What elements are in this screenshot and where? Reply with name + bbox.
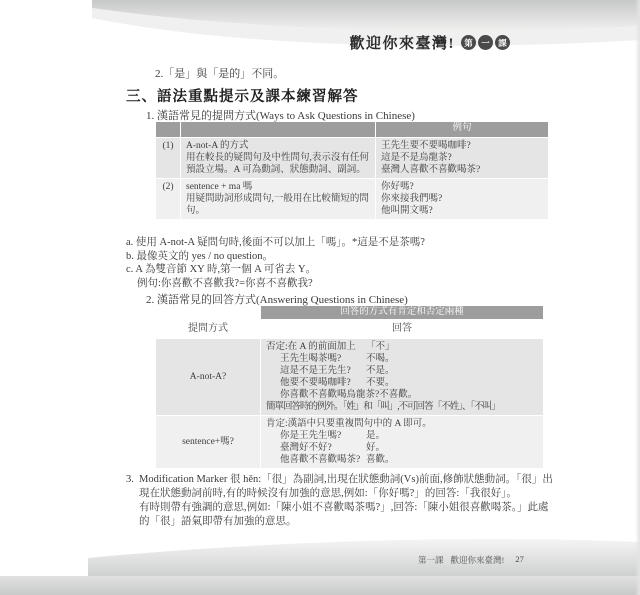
answer-text: 喜歡。	[366, 454, 395, 466]
section-heading: 三、語法重點提示及課本練習解答	[126, 85, 359, 106]
answer-line: 臺灣好不好? 好。	[266, 442, 538, 454]
question-text: 你喜歡不喜歡喝烏龍茶?	[280, 389, 379, 401]
answer-exception-line: 簡單回答時的例外。「姓」和「叫」,不可回答「不姓」、「不叫」	[266, 401, 538, 413]
answer-line: 這是不是王先生? 不是。	[266, 365, 538, 377]
note-line: b. 最像英文的 yes / no question。	[126, 250, 425, 263]
table-header-row: 回答的方式有肯定和否定兩種	[156, 306, 543, 319]
question-text: 否定:在 A 的前面加上	[266, 341, 366, 353]
question-type-cell: sentence+嗎?	[156, 416, 260, 468]
page-header: 歡迎你來臺灣! 第 一 課	[350, 32, 511, 53]
header-lesson-title: 歡迎你來臺灣!	[350, 32, 456, 53]
question-text: 你是王先生嗎?	[280, 430, 366, 442]
question-text: 簡單回答時的例外。「姓」和「叫」,不可回答「不姓」、「不叫」	[266, 401, 500, 413]
item-number: 3.	[126, 473, 139, 529]
answer-text: 不要。	[366, 377, 395, 389]
row-number-cell: (2)	[156, 179, 180, 219]
table-row: (2) sentence + ma 嗎 用疑問助詞形成問句,一般用在比較簡短的問…	[156, 179, 548, 219]
answer-text: 不喝。	[366, 353, 395, 365]
example-sentence: 這是不是烏龍茶?	[381, 152, 543, 164]
question-text: 他喜歡不喜歡喝茶?	[280, 454, 366, 466]
answer-text: 是。	[366, 430, 385, 442]
example-sentence: 臺灣人喜歡不喜歡喝茶?	[381, 164, 543, 176]
column-question-label: 提問方式	[156, 320, 260, 338]
answer-line: 你是王先生嗎? 是。	[266, 430, 538, 442]
header-cell-empty	[156, 122, 180, 137]
paragraph: Modification Marker 很 hěn:「很」為副詞,出現在狀態動詞…	[139, 473, 556, 501]
paragraph: 有時則帶有強調的意思,例如:「陳小姐不喜歡喝茶嗎?」,回答:「陳小姐很喜歡喝茶。…	[139, 501, 556, 529]
table-row: A-not-A? 否定:在 A 的前面加上 「不」 王先生喝茶嗎? 不喝。 這是…	[156, 339, 543, 415]
question-text: 他要不要喝咖啡?	[280, 377, 366, 389]
footer-lesson-label: 第一課	[418, 554, 444, 566]
method-title: sentence + ma 嗎	[186, 181, 370, 193]
answer-text: 「不」	[366, 341, 395, 353]
question-type-cell: A-not-A?	[156, 339, 260, 415]
lesson-badge: 第 一 課	[461, 35, 510, 50]
example-sentence: 王先生要不要喝咖啡?	[381, 140, 543, 152]
note-line: c. A 為雙音節 XY 時,第一個 A 可省去 Y。	[126, 263, 425, 276]
page-footer: 第一課 歡迎你來臺灣! 27	[418, 554, 524, 566]
bottom-swoosh-decoration	[0, 530, 640, 595]
badge-char-circle: 第	[461, 35, 476, 50]
method-cell: A-not-A 的方式 用在較長的疑問句及中性問句,表示沒有任何預設立場。A 可…	[181, 138, 375, 178]
book-page: 歡迎你來臺灣! 第 一 課 2.「是」與「是的」不同。 三、語法重點提示及課本練…	[0, 0, 640, 595]
answer-text: 不是。	[366, 365, 395, 377]
method-cell: sentence + ma 嗎 用疑問助詞形成問句,一般用在比較簡短的問句。	[181, 179, 375, 219]
header-cell-title: 回答的方式有肯定和否定兩種	[261, 306, 543, 319]
examples-cell: 王先生要不要喝咖啡? 這是不是烏龍茶? 臺灣人喜歡不喜歡喝茶?	[376, 138, 548, 178]
footer-lesson-title: 歡迎你來臺灣!	[451, 554, 505, 566]
answer-line: 王先生喝茶嗎? 不喝。	[266, 353, 538, 365]
method-title: A-not-A 的方式	[186, 140, 370, 152]
page-edge-shading	[635, 0, 640, 595]
ask-questions-table: 例句 (1) A-not-A 的方式 用在較長的疑問句及中性問句,表示沒有任何預…	[155, 121, 549, 220]
row-number-cell: (1)	[156, 138, 180, 178]
example-sentence: 他叫開文嗎?	[381, 205, 543, 217]
question-text: 臺灣好不好?	[280, 442, 366, 454]
page-number: 27	[515, 554, 524, 566]
top-swoosh-decoration	[0, 0, 640, 70]
question-text: 肯定:漢語中只要重複問句中的 A 即可。	[266, 418, 432, 430]
item-body: Modification Marker 很 hěn:「很」為副詞,出現在狀態動詞…	[139, 473, 556, 529]
grammar-point-3: 3. Modification Marker 很 hěn:「很」為副詞,出現在狀…	[126, 473, 556, 529]
table-row: sentence+嗎? 肯定:漢語中只要重複問句中的 A 即可。 你是王先生嗎?…	[156, 416, 543, 468]
table-header-row: 例句	[156, 122, 548, 137]
answers-table: 回答的方式有肯定和否定兩種 提問方式 回答 A-not-A? 否定:在 A 的前…	[155, 305, 544, 469]
method-description: 用疑問助詞形成問句,一般用在比較簡短的問句。	[186, 193, 370, 217]
answer-line: 你喜歡不喜歡喝烏龍茶? 不喜歡。	[266, 389, 538, 401]
header-cell-empty	[156, 306, 260, 319]
answers-cell: 否定:在 A 的前面加上 「不」 王先生喝茶嗎? 不喝。 這是不是王先生? 不是…	[261, 339, 543, 415]
header-cell-examples: 例句	[376, 122, 548, 137]
question-text: 王先生喝茶嗎?	[280, 353, 366, 365]
note-line: a. 使用 A-not-A 疑問句時,後面不可以加上「嗎」。*這是不是茶嗎?	[126, 236, 425, 249]
header-cell-empty	[181, 122, 375, 137]
table-subheader-row: 提問方式 回答	[156, 320, 543, 338]
answer-text: 好。	[366, 442, 385, 454]
note-example-line: 例句:你喜歡不喜歡我?=你喜不喜歡我?	[126, 277, 425, 290]
example-sentence: 你來接我們嗎?	[381, 193, 543, 205]
answer-text: 不喜歡。	[379, 389, 417, 401]
grammar-notes: a. 使用 A-not-A 疑問句時,後面不可以加上「嗎」。*這是不是茶嗎? b…	[126, 236, 425, 290]
numbered-item: 2.「是」與「是的」不同。	[155, 65, 284, 81]
example-sentence: 你好嗎?	[381, 181, 543, 193]
answer-line: 他喜歡不喜歡喝茶? 喜歡。	[266, 454, 538, 466]
method-description: 用在較長的疑問句及中性問句,表示沒有任何預設立場。A 可為動詞、狀態動詞、副詞。	[186, 152, 370, 176]
answer-line: 肯定:漢語中只要重複問句中的 A 即可。	[266, 418, 538, 430]
question-text: 這是不是王先生?	[280, 365, 366, 377]
badge-char-circle: 課	[495, 35, 510, 50]
column-answer-label: 回答	[261, 320, 543, 338]
table-row: (1) A-not-A 的方式 用在較長的疑問句及中性問句,表示沒有任何預設立場…	[156, 138, 548, 178]
answer-line: 他要不要喝咖啡? 不要。	[266, 377, 538, 389]
answers-cell: 肯定:漢語中只要重複問句中的 A 即可。 你是王先生嗎? 是。 臺灣好不好? 好…	[261, 416, 543, 468]
answer-line: 否定:在 A 的前面加上 「不」	[266, 341, 538, 353]
badge-char-circle: 一	[478, 35, 493, 50]
examples-cell: 你好嗎? 你來接我們嗎? 他叫開文嗎?	[376, 179, 548, 219]
